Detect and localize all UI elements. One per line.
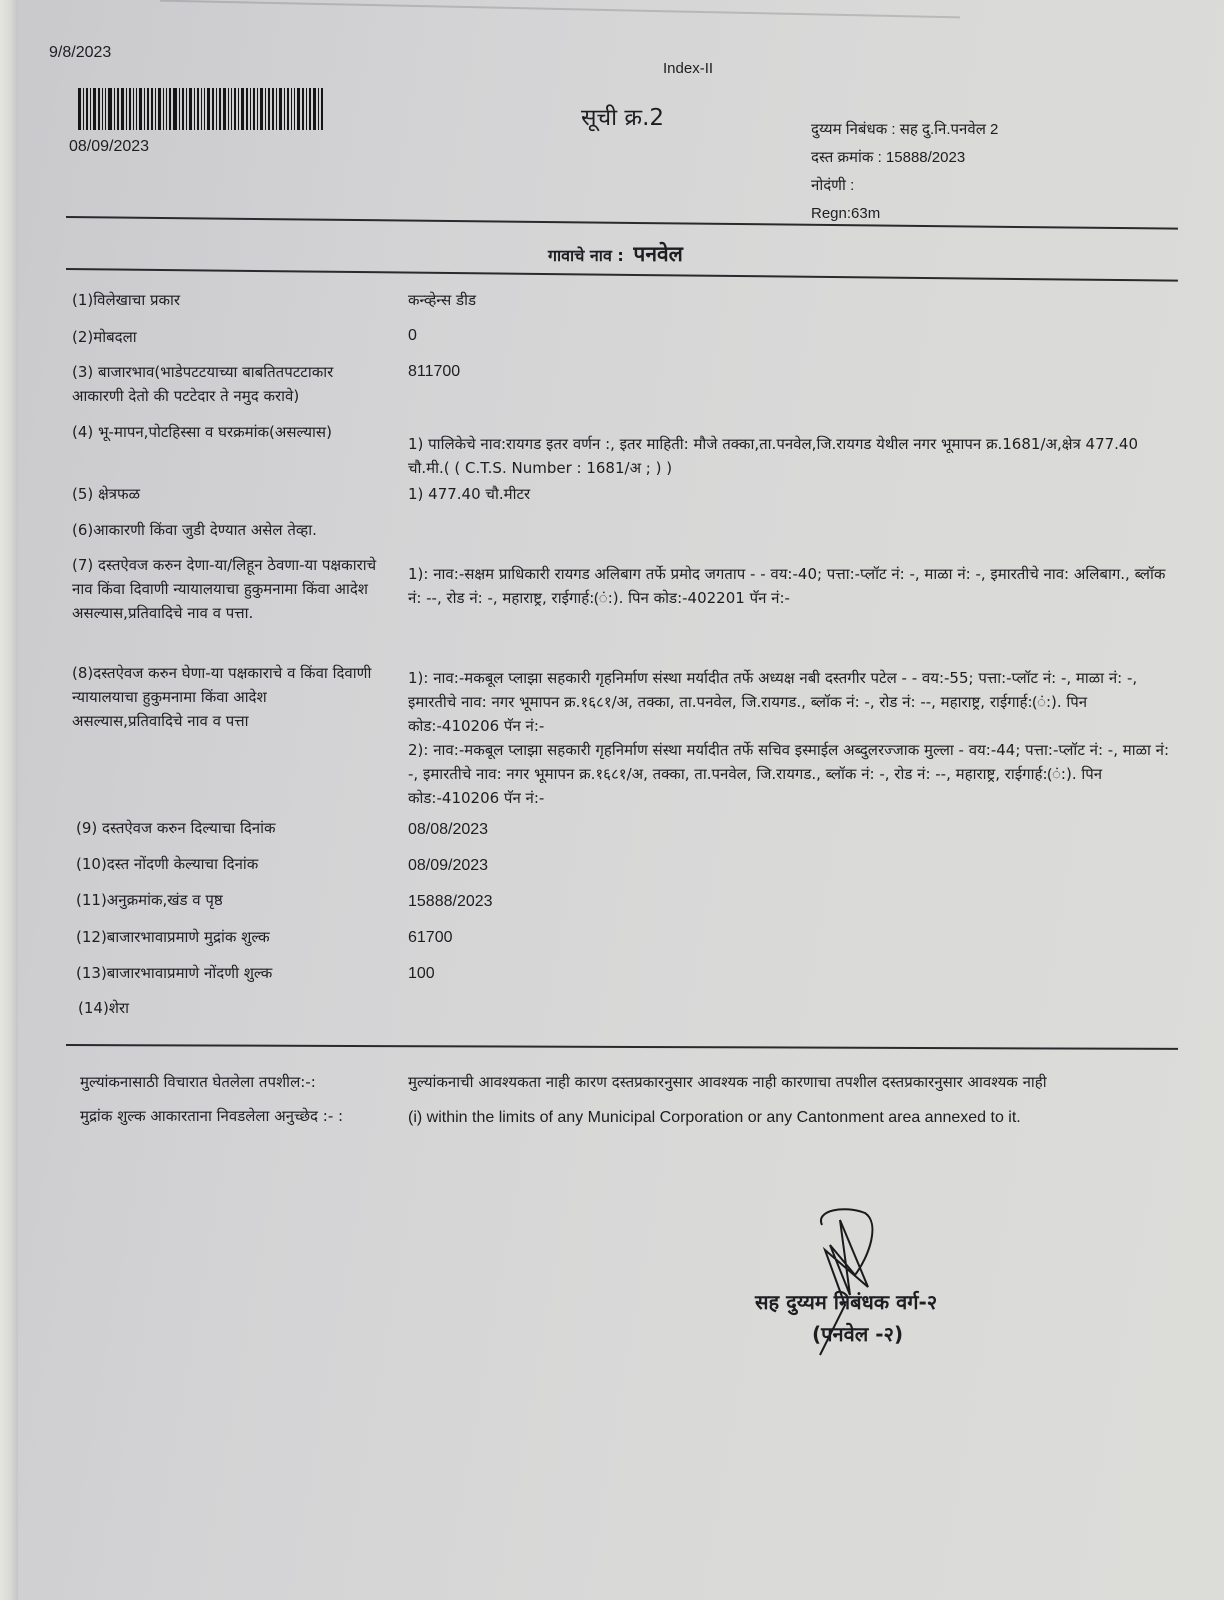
article-label: मुद्रांक शुल्क आकारताना निवडलेला अनुच्छे… xyxy=(80,1104,400,1128)
party-1: 1): नाव:-मकबूल प्लाझा सहकारी गृहनिर्माण … xyxy=(408,666,1173,738)
row-value-5: 1) 477.40 चौ.मीटर xyxy=(408,482,1178,506)
signature-title: सह दुय्यम निबंधक वर्ग-२ xyxy=(755,1288,937,1315)
village-value: पनवेल xyxy=(633,242,683,266)
divider-footer xyxy=(66,1044,1178,1050)
row-value-12: 61700 xyxy=(408,926,1178,950)
row-label-5: (5) क्षेत्रफळ xyxy=(72,482,392,506)
row-value-7: 1): नाव:-सक्षम प्राधिकारी रायगड अलिबाग त… xyxy=(408,562,1168,610)
valuation-label: मुल्यांकनासाठी विचारात घेतलेला तपशील:-: xyxy=(80,1070,400,1094)
village-name: गावाचे नाव : पनवेल xyxy=(548,240,683,268)
row-value-3: 811700 xyxy=(408,360,1178,384)
divider-top xyxy=(66,216,1178,230)
registration-label: नोदंणी : xyxy=(811,172,998,200)
row-label-12: (12)बाजारभावाप्रमाणे मुद्रांक शुल्क xyxy=(76,925,396,949)
barcode-date: 08/09/2023 xyxy=(69,138,149,156)
paper-crease xyxy=(160,0,960,18)
row-label-1: (1)विलेखाचा प्रकार xyxy=(72,288,392,312)
row-label-3: (3) बाजारभाव(भाडेपटटयाच्या बाबतितपटटाकार… xyxy=(72,360,382,408)
row-label-7: (7) दस्तऐवज करुन देणा-या/लिहून ठेवणा-या … xyxy=(72,553,392,625)
signature-office: (पनवेल -२) xyxy=(812,1320,903,1347)
row-label-10: (10)दस्त नोंदणी केल्याचा दिनांक xyxy=(76,852,396,876)
barcode xyxy=(78,88,388,130)
row-label-6: (6)आकारणी किंवा जुडी देण्यात असेल तेव्हा… xyxy=(72,518,402,542)
registration-info: दुय्यम निबंधक : सह दु.नि.पनवेल 2 दस्त क्… xyxy=(811,116,998,228)
valuation-value: मुल्यांकनाची आवश्यकता नाही कारण दस्तप्रक… xyxy=(408,1070,1178,1094)
document-number: दस्त क्रमांक : 15888/2023 xyxy=(811,144,998,172)
document-title: सूची क्र.2 xyxy=(581,100,664,132)
row-value-13: 100 xyxy=(408,962,1178,986)
row-label-8: (8)दस्तऐवज करुन घेणा-या पक्षकाराचे व किं… xyxy=(72,661,372,733)
row-value-11: 15888/2023 xyxy=(408,890,1178,914)
row-label-2: (2)मोबदला xyxy=(72,325,392,349)
row-label-11: (11)अनुक्रमांक,खंड व पृष्ठ xyxy=(76,888,396,912)
row-label-9: (9) दस्तऐवज करुन दिल्याचा दिनांक xyxy=(76,816,396,840)
index-label: Index-II xyxy=(663,60,713,77)
row-value-10: 08/09/2023 xyxy=(408,854,1178,878)
row-value-9: 08/08/2023 xyxy=(408,818,1178,842)
row-label-13: (13)बाजारभावाप्रमाणे नोंदणी शुल्क xyxy=(76,961,396,985)
row-value-1: कन्व्हेन्स डीड xyxy=(408,288,1178,312)
print-date: 9/8/2023 xyxy=(49,44,111,62)
article-value: (i) within the limits of any Municipal C… xyxy=(408,1106,1178,1130)
row-value-4: 1) पालिकेचे नाव:रायगड इतर वर्णन :, इतर म… xyxy=(408,432,1148,480)
divider-village xyxy=(66,268,1178,282)
party-2: 2): नाव:-मकबूल प्लाझा सहकारी गृहनिर्माण … xyxy=(408,738,1173,810)
page-edge xyxy=(0,0,18,1600)
row-value-2: 0 xyxy=(408,324,1178,348)
row-value-8: 1): नाव:-मकबूल प्लाझा सहकारी गृहनिर्माण … xyxy=(408,666,1173,810)
row-label-14: (14)शेरा xyxy=(78,996,398,1020)
row-label-4: (4) भू-मापन,पोटहिस्सा व घरक्रमांक(असल्या… xyxy=(72,420,372,444)
sub-registrar: दुय्यम निबंधक : सह दु.नि.पनवेल 2 xyxy=(811,116,998,144)
village-label: गावाचे नाव : xyxy=(548,246,624,265)
